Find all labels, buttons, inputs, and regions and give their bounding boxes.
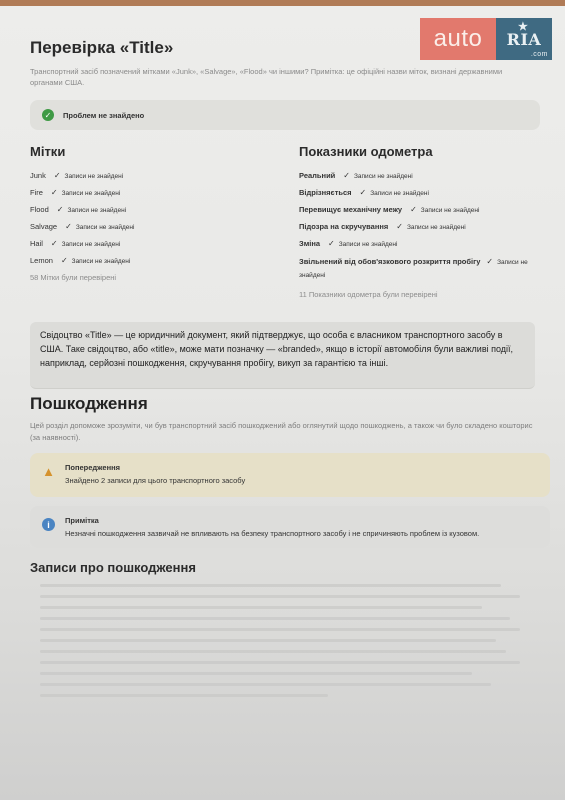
label-row: Hail✓Записи не знайдені xyxy=(30,239,270,248)
checkmark-icon: ✓ xyxy=(343,171,350,180)
note-text: Незначні пошкодження зазвичай не впливаю… xyxy=(65,529,479,538)
label-name: Junk xyxy=(30,171,46,180)
checkmark-icon: ✓ xyxy=(51,239,58,248)
odometer-name: Перевищує механічну межу xyxy=(299,205,402,214)
status-label: Проблем не знайдено xyxy=(63,111,144,120)
odometer-status-text: Записи не знайдені xyxy=(407,224,466,231)
odometer-name: Звільнений від обов'язкового розкриття п… xyxy=(299,257,480,266)
odometer-status-text: Записи не знайдені xyxy=(339,241,398,248)
damage-intro: Цей розділ допоможе зрозуміти, чи був тр… xyxy=(30,420,535,444)
odometer-status: ✓Записи не знайдені xyxy=(360,188,429,197)
label-row: Fire✓Записи не знайдені xyxy=(30,188,270,197)
title-check-heading: Перевірка «Title» xyxy=(30,38,173,58)
checkmark-icon: ✓ xyxy=(57,205,64,214)
odometer-row: Перевищує механічну межу✓Записи не знайд… xyxy=(299,205,539,214)
checkmark-icon: ✓ xyxy=(410,205,417,214)
label-status-text: Записи не знайдені xyxy=(62,190,121,197)
label-status: ✓Записи не знайдені xyxy=(51,239,120,248)
checkmark-icon: ✓ xyxy=(61,256,68,265)
odometer-section: Показники одометра Реальний✓Записи не зн… xyxy=(299,144,539,299)
label-status: ✓Записи не знайдені xyxy=(54,171,123,180)
checkmark-icon: ✓ xyxy=(51,188,58,197)
odometer-status-text: Записи не знайдені xyxy=(421,207,480,214)
odometer-status: ✓Записи не знайдені xyxy=(343,171,412,180)
note-alert: i Примітка Незначні пошкодження зазвичай… xyxy=(30,506,550,548)
odometer-row: Звільнений від обов'язкового розкриття п… xyxy=(299,256,539,282)
label-row: Salvage✓Записи не знайдені xyxy=(30,222,270,231)
odometer-name: Зміна xyxy=(299,239,320,248)
label-status: ✓Записи не знайдені xyxy=(61,256,130,265)
warning-title: Попередження xyxy=(65,463,245,472)
label-status-text: Записи не знайдені xyxy=(76,224,135,231)
warning-alert: ▲ Попередження Знайдено 2 записи для цьо… xyxy=(30,453,550,497)
note-title: Примітка xyxy=(65,516,479,525)
odometer-heading: Показники одометра xyxy=(299,144,539,159)
label-name: Flood xyxy=(30,205,49,214)
odometer-status-text: Записи не знайдені xyxy=(354,173,413,180)
label-name: Fire xyxy=(30,188,43,197)
label-status: ✓Записи не знайдені xyxy=(65,222,134,231)
label-status-text: Записи не знайдені xyxy=(72,258,131,265)
star-icon: ★ xyxy=(518,20,528,33)
labels-heading: Мітки xyxy=(30,144,270,159)
label-row: Lemon✓Записи не знайдені xyxy=(30,256,270,265)
odometer-name: Відрізняється xyxy=(299,188,352,197)
status-banner: ✓ Проблем не знайдено xyxy=(30,100,540,130)
damage-records-heading: Записи про пошкодження xyxy=(30,560,196,575)
document-page: auto ★ RIA .com Перевірка «Title» Трансп… xyxy=(0,6,565,800)
autoria-logo: auto ★ RIA .com xyxy=(420,18,552,60)
label-status-text: Записи не знайдені xyxy=(67,207,126,214)
info-circle-icon: i xyxy=(42,518,55,531)
label-status: ✓Записи не знайдені xyxy=(51,188,120,197)
odometer-status: ✓Записи не знайдені xyxy=(410,205,479,214)
check-circle-icon: ✓ xyxy=(42,109,54,121)
labels-section: Мітки Junk✓Записи не знайденіFire✓Записи… xyxy=(30,144,270,282)
odometer-name: Реальний xyxy=(299,171,335,180)
checkmark-icon: ✓ xyxy=(360,188,367,197)
checkmark-icon: ✓ xyxy=(54,171,61,180)
logo-com: .com xyxy=(531,51,548,58)
odometer-name: Підозра на скручування xyxy=(299,222,388,231)
odometer-row: Реальний✓Записи не знайдені xyxy=(299,171,539,180)
logo-auto: auto xyxy=(420,18,496,60)
checkmark-icon: ✓ xyxy=(65,222,72,231)
label-name: Hail xyxy=(30,239,43,248)
logo-ria: ★ RIA .com xyxy=(496,18,552,60)
label-name: Lemon xyxy=(30,256,53,265)
label-name: Salvage xyxy=(30,222,57,231)
title-check-intro: Транспортний засіб позначений мітками «J… xyxy=(30,66,510,88)
damage-heading: Пошкодження xyxy=(30,394,148,414)
title-info-text: Свідоцтво «Title» — це юридичний докумен… xyxy=(40,328,525,370)
odometer-row: Відрізняється✓Записи не знайдені xyxy=(299,188,539,197)
label-status-text: Записи не знайдені xyxy=(62,241,121,248)
odometer-status-text: Записи не знайдені xyxy=(370,190,429,197)
label-status-text: Записи не знайдені xyxy=(65,173,124,180)
reverse-side-bleed-through xyxy=(40,584,520,705)
odometer-checked-count: 11 Показники одометра були перевірені xyxy=(299,290,539,299)
warning-triangle-icon: ▲ xyxy=(42,465,55,478)
odometer-status: ✓Записи не знайдені xyxy=(328,239,397,248)
warning-text: Знайдено 2 записи для цього транспортног… xyxy=(65,476,245,485)
label-status: ✓Записи не знайдені xyxy=(57,205,126,214)
checkmark-icon: ✓ xyxy=(396,222,403,231)
checkmark-icon: ✓ xyxy=(486,257,493,266)
title-info-box: Свідоцтво «Title» — це юридичний докумен… xyxy=(30,322,535,389)
odometer-row: Зміна✓Записи не знайдені xyxy=(299,239,539,248)
checkmark-icon: ✓ xyxy=(328,239,335,248)
labels-checked-count: 58 Мітки були перевірені xyxy=(30,273,270,282)
odometer-status: ✓Записи не знайдені xyxy=(396,222,465,231)
label-row: Junk✓Записи не знайдені xyxy=(30,171,270,180)
label-row: Flood✓Записи не знайдені xyxy=(30,205,270,214)
odometer-row: Підозра на скручування✓Записи не знайден… xyxy=(299,222,539,231)
